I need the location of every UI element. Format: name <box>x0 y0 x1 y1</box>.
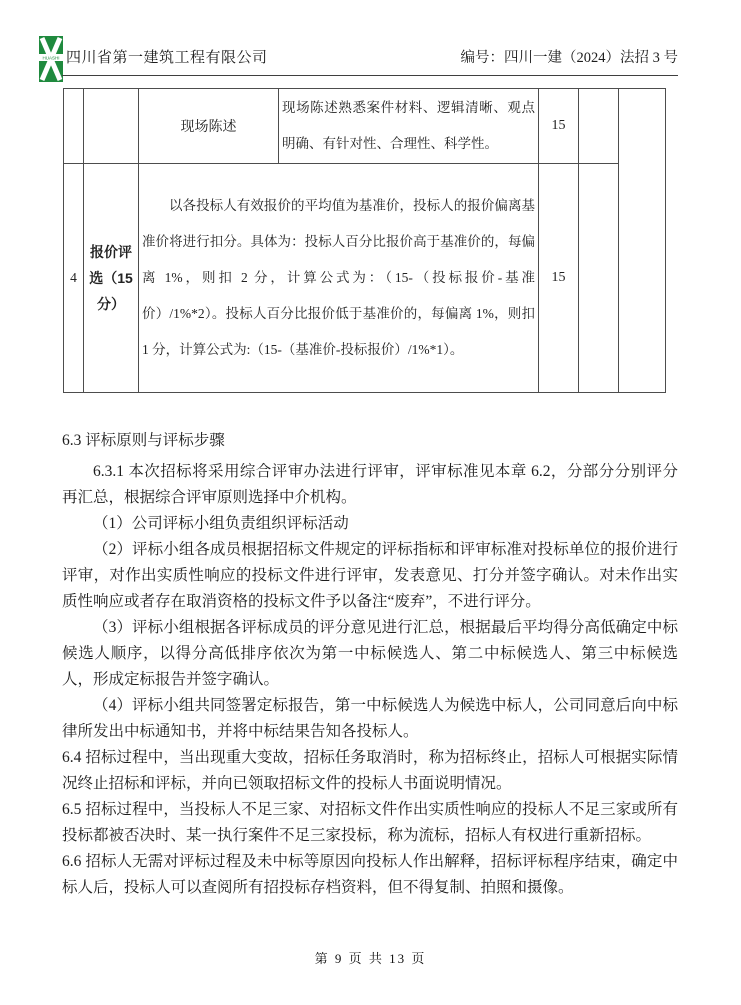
svg-text:HUASHI: HUASHI <box>42 56 59 61</box>
item-name-cell: 现场陈述 <box>139 89 279 164</box>
criteria-cell: 现场陈述熟悉案件材料、逻辑清晰、观点明确、有针对性、合理性、科学性。 <box>279 89 539 164</box>
score-cell: 15 <box>539 164 579 393</box>
table-row: 现场陈述 现场陈述熟悉案件材料、逻辑清晰、观点明确、有针对性、合理性、科学性。 … <box>64 89 666 164</box>
criteria-cell: 以各投标人有效报价的平均值为基准价，投标人的报价偏离基准价将进行扣分。具体为：投… <box>139 164 539 393</box>
table-row: 4 报价评选（15分） 以各投标人有效报价的平均值为基准价，投标人的报价偏离基准… <box>64 164 666 393</box>
para-6-5: 6.5 招标过程中，当投标人不足三家、对招标文件作出实质性响应的投标人不足三家或… <box>62 797 678 849</box>
header-divider <box>62 75 678 76</box>
document-page: HUASHI 四川省第一建筑工程有限公司 编号：四川一建（2024）法招 3 号… <box>0 0 741 1005</box>
body-text: 6.3 评标原则与评标步骤 6.3.1 本次招标将采用综合评审办法进行评审，评审… <box>62 428 678 901</box>
list-item-2: （2）评标小组各成员根据招标文件规定的评标指标和评审标准对投标单位的报价进行评审… <box>62 537 678 615</box>
list-item-1: （1）公司评标小组负责组织评标活动 <box>62 511 678 537</box>
score-cell: 15 <box>539 89 579 164</box>
para-6-3-1: 6.3.1 本次招标将采用综合评审办法进行评审，评审标准见本章 6.2，分部分分… <box>62 459 678 511</box>
category-cell-empty <box>84 89 139 164</box>
company-name: 四川省第一建筑工程有限公司 <box>66 46 268 67</box>
page-number: 第 9 页 共 13 页 <box>0 948 741 967</box>
blank-cell <box>579 164 619 393</box>
para-6-6: 6.6 招标人无需对评标过程及未中标等原因向投标人作出解释，招标评标程序结束，确… <box>62 849 678 901</box>
huashi-logo-icon: HUASHI <box>39 36 63 82</box>
index-cell-empty <box>64 89 84 164</box>
blank-cell <box>579 89 619 164</box>
list-item-4: （4）评标小组共同签署定标报告，第一中标候选人为候选中标人，公司同意后向中标律所… <box>62 693 678 745</box>
section-heading-6-3: 6.3 评标原则与评标步骤 <box>62 428 678 454</box>
list-item-3: （3）评标小组根据各评标成员的评分意见进行汇总，根据最后平均得分高低确定中标候选… <box>62 615 678 693</box>
remark-cell-merged <box>619 89 666 393</box>
category-cell: 报价评选（15分） <box>84 164 139 393</box>
index-cell: 4 <box>64 164 84 393</box>
document-number: 编号：四川一建（2024）法招 3 号 <box>461 46 679 67</box>
page-header: HUASHI 四川省第一建筑工程有限公司 编号：四川一建（2024）法招 3 号 <box>0 0 741 80</box>
evaluation-table: 现场陈述 现场陈述熟悉案件材料、逻辑清晰、观点明确、有针对性、合理性、科学性。 … <box>63 88 666 393</box>
para-6-4: 6.4 招标过程中，当出现重大变故，招标任务取消时，称为招标终止，招标人可根据实… <box>62 745 678 797</box>
